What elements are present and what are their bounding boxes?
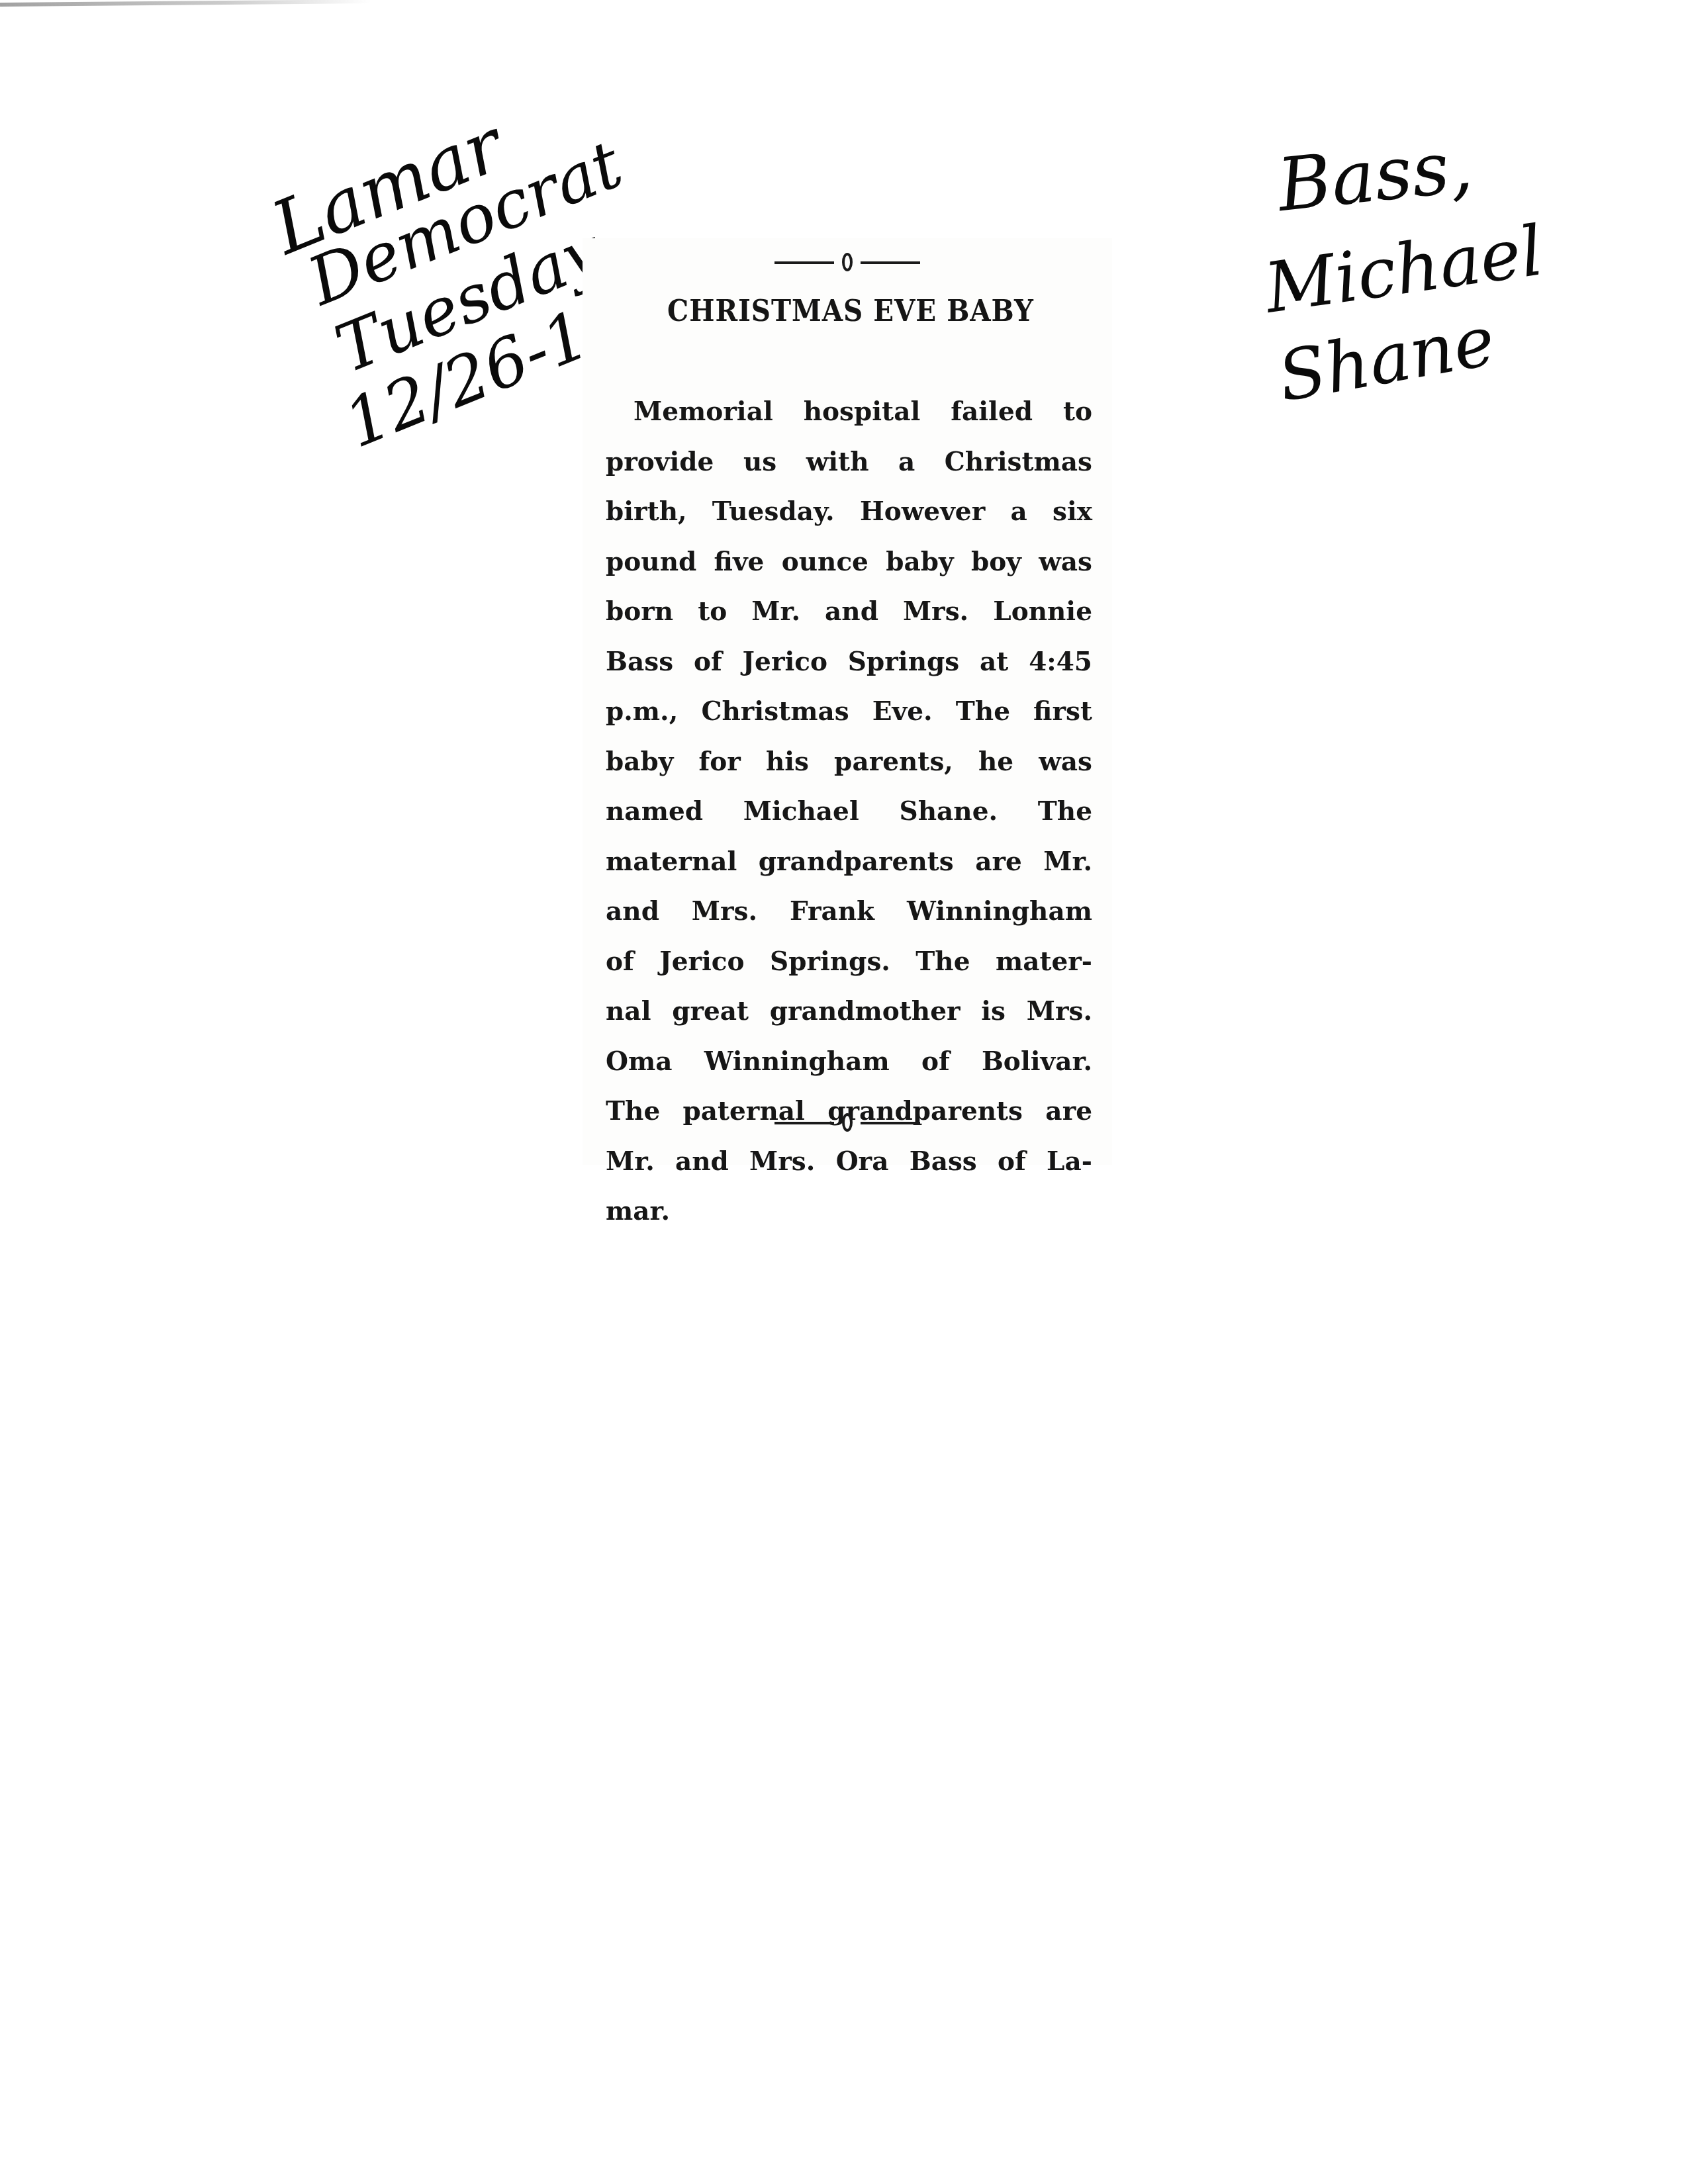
- body-line: Memorial hospital failed to: [606, 387, 1092, 437]
- name-note-line: Michael: [1261, 216, 1547, 323]
- divider-rule: [861, 1122, 920, 1124]
- divider-rule: [774, 261, 834, 264]
- body-line: born to Mr. and Mrs. Lonnie: [606, 587, 1092, 637]
- divider-knot-icon: [842, 253, 853, 271]
- divider-rule: [774, 1122, 834, 1124]
- divider-ornament-bottom: [774, 1113, 920, 1133]
- clipping-headline: CHRISTMAS EVE BABY: [649, 295, 1051, 328]
- body-line: maternal grandparents are Mr.: [606, 837, 1092, 887]
- body-line: Bass of Jerico Springs at 4:45: [606, 637, 1092, 688]
- divider-ornament-top: [774, 253, 920, 273]
- body-line: mar.: [606, 1187, 1092, 1237]
- body-line: named Michael Shane. The: [606, 787, 1092, 837]
- body-line: Oma Winningham of Bolivar.: [606, 1037, 1092, 1087]
- divider-rule: [861, 261, 920, 264]
- body-line: Mr. and Mrs. Ora Bass of La-: [606, 1137, 1092, 1187]
- body-line: of Jerico Springs. The mater-: [606, 937, 1092, 987]
- body-line: nal great grandmother is Mrs.: [606, 987, 1092, 1037]
- name-note-line: Bass,: [1274, 129, 1476, 222]
- clipping-body: Memorial hospital failed toprovide us wi…: [606, 387, 1092, 1237]
- body-line: p.m., Christmas Eve. The first: [606, 687, 1092, 737]
- body-line: and Mrs. Frank Winningham: [606, 887, 1092, 937]
- body-line: baby for his parents, he was: [606, 737, 1092, 788]
- body-line: pound five ounce baby boy was: [606, 537, 1092, 588]
- divider-knot-icon: [842, 1113, 853, 1132]
- scan-edge-artifact: [0, 0, 371, 7]
- newspaper-clipping: CHRISTMAS EVE BABY Memorial hospital fai…: [583, 238, 1112, 1165]
- handwritten-name-note: Bass, Michael Shane: [1238, 126, 1516, 417]
- body-line: provide us with a Christmas: [606, 437, 1092, 488]
- body-line: birth, Tuesday. However a six: [606, 487, 1092, 537]
